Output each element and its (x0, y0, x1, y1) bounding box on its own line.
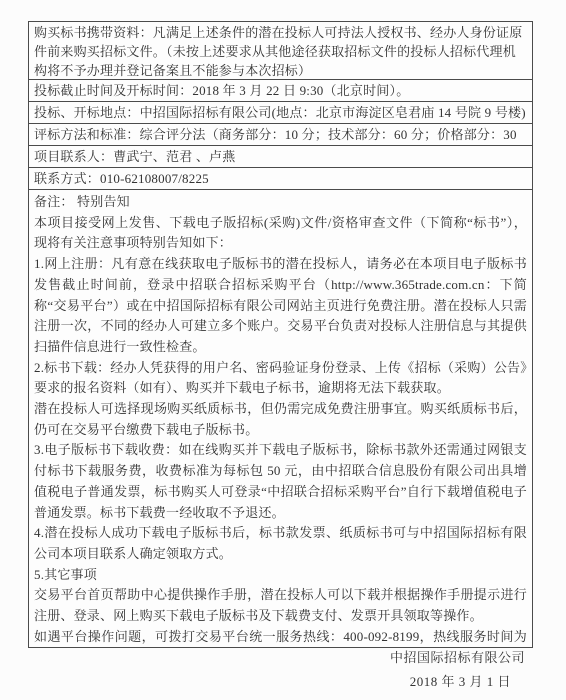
remark-item-1-online-registration: 1.网上注册：凡有意在线获取电子版标书的潜在投标人，请务必在本项目电子版标书发售… (34, 254, 527, 358)
footer-company-name: 中招国际招标有限公司 (390, 646, 533, 670)
row-remarks: 备注： 特别告知 本项目接受网上发售、下载电子版招标(采购)文件/资格审查文件（… (29, 190, 532, 647)
remark-hotline-note: 如遇平台操作问题，可拨打交易平台统一服务热线：400-092-8199，热线服务… (34, 627, 527, 647)
scanned-bid-notice-page: 购买标书携带资料：凡满足上述条件的潜在投标人可持法人授权书、经办人身份证原件前来… (0, 0, 566, 700)
footer-date: 2018 年 3 月 1 日 (390, 670, 533, 694)
row-purchase-materials: 购买标书携带资料：凡满足上述条件的潜在投标人可持法人授权书、经办人身份证原件前来… (29, 22, 532, 80)
remark-title: 备注： 特别告知 (34, 192, 527, 213)
row-bid-deadline: 投标截止时间及开标时间：2018 年 3 月 22 日 9:30（北京时间）。 (29, 80, 532, 102)
remark-intro: 本项目接受网上发售、下载电子版招标(采购)文件/资格审查文件（下简称“标书”），… (34, 213, 527, 254)
row-evaluation-method: 评标方法和标准：综合评分法（商务部分：10 分；技术部分：60 分；价格部分：3… (29, 124, 532, 146)
row-project-contacts: 项目联系人：曹武宁、范君 、卢燕 (29, 146, 532, 168)
remark-item-5-other-matters: 5.其它事项 (34, 565, 527, 586)
row-bid-opening-location: 投标、开标地点：中招国际招标有限公司(地点：北京市海淀区皂君庙 14 号院 9 … (29, 102, 532, 124)
remark-item-3-download-fee: 3.电子版标书下载收费：如在线购买并下载电子版标书，除标书款外还需通过网银支付标… (34, 440, 527, 523)
document-footer: 中招国际招标有限公司 2018 年 3 月 1 日 (390, 646, 533, 694)
row-contact-phone: 联系方式：010-62108007/8225 (29, 168, 532, 190)
remark-paper-document-note: 潜在投标人可选择现场购买纸质标书，但仍需完成免费注册事宜。购买纸质标书后，仍可在… (34, 399, 527, 440)
remark-item-2-document-download: 2.标书下载：经办人凭获得的用户名、密码验证身份登录、上传《招标（采购）公告》要… (34, 358, 527, 399)
remark-item-4-invoice-pickup: 4.潜在投标人成功下载电子版标书后，标书款发票、纸质标书可与中招国际招标有限公司… (34, 523, 527, 564)
bid-info-table: 购买标书携带资料：凡满足上述条件的潜在投标人可持法人授权书、经办人身份证原件前来… (28, 21, 533, 648)
remark-manual-note: 交易平台首页帮助中心提供操作手册，潜在投标人可以下载并根据操作手册提示进行注册、… (34, 585, 527, 626)
